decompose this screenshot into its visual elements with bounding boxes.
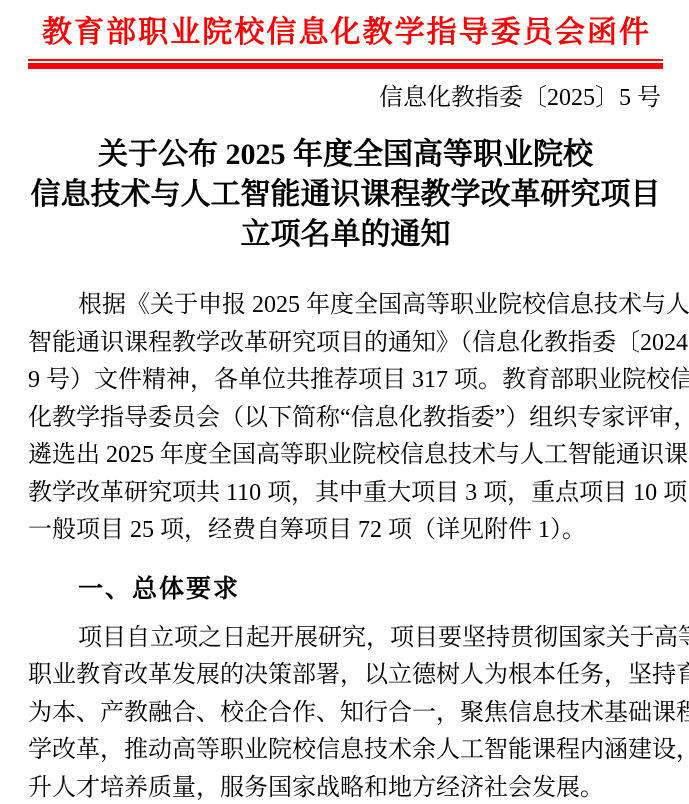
document-page: 教育部职业院校信息化教学指导委员会函件 信息化教指委〔2025〕5 号 关于公布…: [0, 0, 689, 804]
paragraph-2-line-1: 项目自立项之日起开展研究，项目要坚持贯彻国家关于高等: [28, 620, 663, 658]
document-body: 根据《关于申报 2025 年度全国高等职业院校信息技术与人工 智能通识课程教学改…: [28, 287, 663, 804]
notice-title-line-3: 立项名单的通知: [28, 215, 663, 255]
letterhead: 教育部职业院校信息化教学指导委员会函件: [28, 14, 663, 69]
paragraph-1-line-3: 9 号）文件精神，各单位共推荐项目 317 项。教育部职业院校信息: [28, 362, 663, 400]
section-heading-general-requirements: 一、总体要求: [28, 574, 663, 604]
red-rule-thin-line: [28, 59, 663, 61]
notice-title: 关于公布 2025 年度全国高等职业院校 信息技术与人工智能通识课程教学改革研究…: [28, 135, 663, 255]
paragraph-2-line-3: 为本、产教融合、校企合作、知行合一，聚焦信息技术基础课程教: [28, 695, 663, 733]
notice-title-line-2: 信息技术与人工智能通识课程教学改革研究项目: [28, 175, 663, 215]
paragraph-1-line-1: 根据《关于申报 2025 年度全国高等职业院校信息技术与人工: [28, 287, 663, 325]
red-double-rule: [28, 59, 663, 69]
paragraph-2-line-4: 学改革，推动高等职业院校信息技术余人工智能课程内涵建设，提: [28, 732, 663, 770]
paragraph-1-line-6: 教学改革研究项共 110 项，其中重大项目 3 项，重点项目 10 项，: [28, 475, 663, 513]
red-rule-thick-line: [28, 63, 663, 69]
paragraph-2-line-2: 职业教育改革发展的决策部署，以立德树人为根本任务，坚持育人: [28, 657, 663, 695]
paragraph-1-line-5: 遴选出 2025 年度全国高等职业院校信息技术与人工智能通识课程: [28, 437, 663, 475]
document-number: 信息化教指委〔2025〕5 号: [28, 83, 663, 113]
paragraph-2: 项目自立项之日起开展研究，项目要坚持贯彻国家关于高等 职业教育改革发展的决策部署…: [28, 620, 663, 804]
paragraph-1-line-7: 一般项目 25 项，经费自筹项目 72 项（详见附件 1）。: [28, 512, 663, 550]
paragraph-2-line-5: 升人才培养质量，服务国家战略和地方经济社会发展。: [28, 770, 663, 804]
letterhead-title: 教育部职业院校信息化教学指导委员会函件: [28, 14, 663, 52]
paragraph-1-line-4: 化教学指导委员会（以下简称“信息化教指委”）组织专家评审，: [28, 400, 663, 438]
paragraph-1: 根据《关于申报 2025 年度全国高等职业院校信息技术与人工 智能通识课程教学改…: [28, 287, 663, 550]
notice-title-line-1: 关于公布 2025 年度全国高等职业院校: [28, 135, 663, 175]
paragraph-1-line-2: 智能通识课程教学改革研究项目的通知》（信息化教指委〔2024〕: [28, 325, 663, 363]
